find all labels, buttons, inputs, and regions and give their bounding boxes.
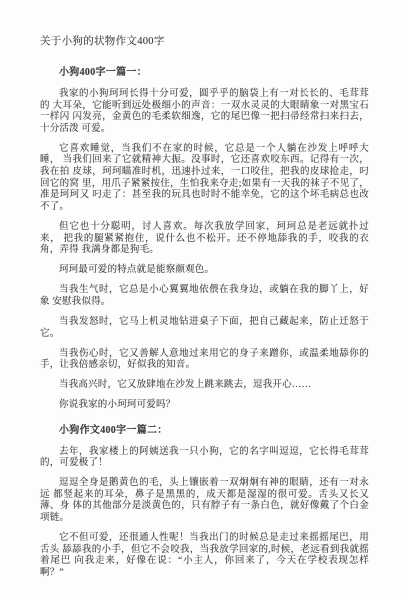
essay-paragraph: 你说我家的小珂珂可爱吗？	[40, 400, 369, 412]
essay-paragraph: 当我高兴时，它又放肆地在沙发上跳来跳去，逗我开心……	[40, 380, 369, 392]
document-page: 关于小狗的状物作文400字 小狗400字一篇一： 我家的小狗珂珂长得十分可爱，圆…	[0, 0, 402, 600]
essay-paragraph: 珂珂最可爱的特点就是能察颜观色。	[40, 265, 369, 277]
section-1-heading: 小狗400字一篇一：	[40, 63, 369, 78]
essay-paragraph: 我家的小狗珂珂长得十分可爱，圆乎乎的脑袋上有一对长长的、毛茸茸的 大耳朵，它能听…	[40, 89, 369, 135]
essay-paragraph: 当我发怒时，它马上机灵地钻进桌子下面，把自己藏起来，防止迁怒于 它。	[40, 317, 369, 340]
essay-paragraph: 去年，我家楼上的阿姨送我一只小狗，它的名字叫逗逗，它长得毛茸茸 的，可爱极了！	[40, 447, 369, 470]
essay-paragraph: 但它也十分聪明，讨人喜欢。每次我放学回家，珂珂总是老远就扑过来， 把我的腿紧紧抱…	[40, 222, 369, 257]
page-title: 关于小狗的状物作文400字	[40, 33, 369, 48]
essay-paragraph: 当我伤心时，它又善解人意地过来用它的身子来蹭你，或温柔地舔你的 手，让我倍感亲切…	[40, 349, 369, 372]
essay-paragraph: 逗逗全身是鹅黄色的毛，头上镶嵌着一双炯炯有神的眼睛，还有一对永远 都竖起来的耳朵…	[40, 478, 369, 524]
essay-paragraph: 当我生气时，它总是小心翼翼地依偎在我身边，或躺在我的脚丫上，好象 安慰我似得。	[40, 285, 369, 308]
essay-paragraph: 它喜欢睡觉，当我们不在家的时候，它总是一个人躺在沙发上呼呼大睡， 当我们回来了它…	[40, 144, 369, 214]
essay-paragraph: 它不但可爱，还很通人性呢！当我出门的时候总是走过来摇摇尾巴，用舌头 舔舔我的小手…	[40, 533, 369, 579]
section-2-heading: 小狗作文400字一篇二：	[40, 421, 369, 436]
